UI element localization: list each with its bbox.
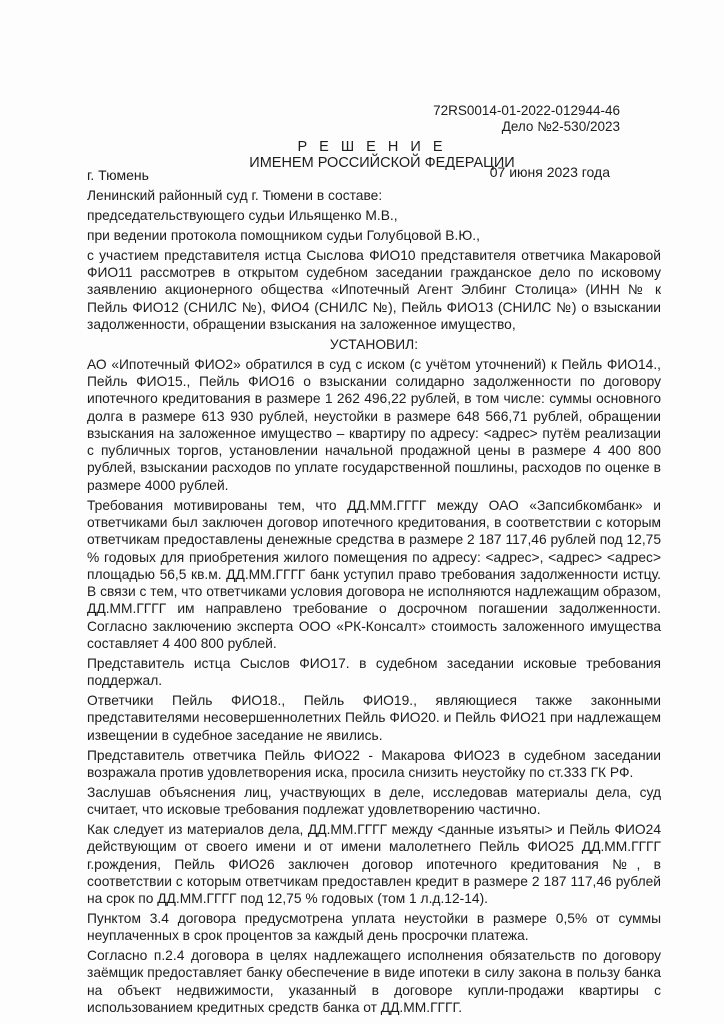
title-decision: Р Е Ш Е Н И Е (0, 139, 724, 155)
intro-judge: председательствующего судьи Ильященко М.… (87, 207, 661, 224)
document-page: 72RS0014-01-2022-012944-46 Дело №2-530/2… (0, 0, 724, 1024)
decision-date: 07 июня 2023 года (490, 164, 610, 180)
case-uid: 72RS0014-01-2022-012944-46 (433, 103, 620, 119)
paragraph: Требования мотивированы тем, что ДД.ММ.Г… (87, 497, 661, 653)
paragraph: Пунктом 3.4 договора предусмотрена уплат… (87, 910, 661, 945)
paragraph: Согласно п.2.4 договора в целях надлежащ… (87, 947, 661, 1016)
intro-parties: с участием представителя истца Сыслова Ф… (87, 247, 661, 333)
paragraph: Представитель истца Сыслов ФИО17. в суде… (87, 655, 661, 690)
city: г. Тюмень (87, 167, 149, 183)
case-reference: 72RS0014-01-2022-012944-46 Дело №2-530/2… (433, 103, 620, 135)
paragraph: АО «Ипотечный ФИО2» обратился в суд с ис… (87, 356, 661, 494)
section-heading: УСТАНОВИЛ: (87, 336, 661, 353)
intro-court: Ленинский районный суд г. Тюмени в соста… (87, 187, 661, 204)
paragraph: Представитель ответчика Пейль ФИО22 - Ма… (87, 747, 661, 782)
intro-secretary: при ведении протокола помощником судьи Г… (87, 227, 661, 244)
document-body: Ленинский районный суд г. Тюмени в соста… (87, 187, 661, 1019)
paragraph: Как следует из материалов дела, ДД.ММ.ГГ… (87, 821, 661, 907)
paragraph: Заслушав объяснения лиц, участвующих в д… (87, 784, 661, 819)
paragraph: Ответчики Пейль ФИО18., Пейль ФИО19., яв… (87, 692, 661, 744)
case-number: Дело №2-530/2023 (433, 119, 620, 135)
